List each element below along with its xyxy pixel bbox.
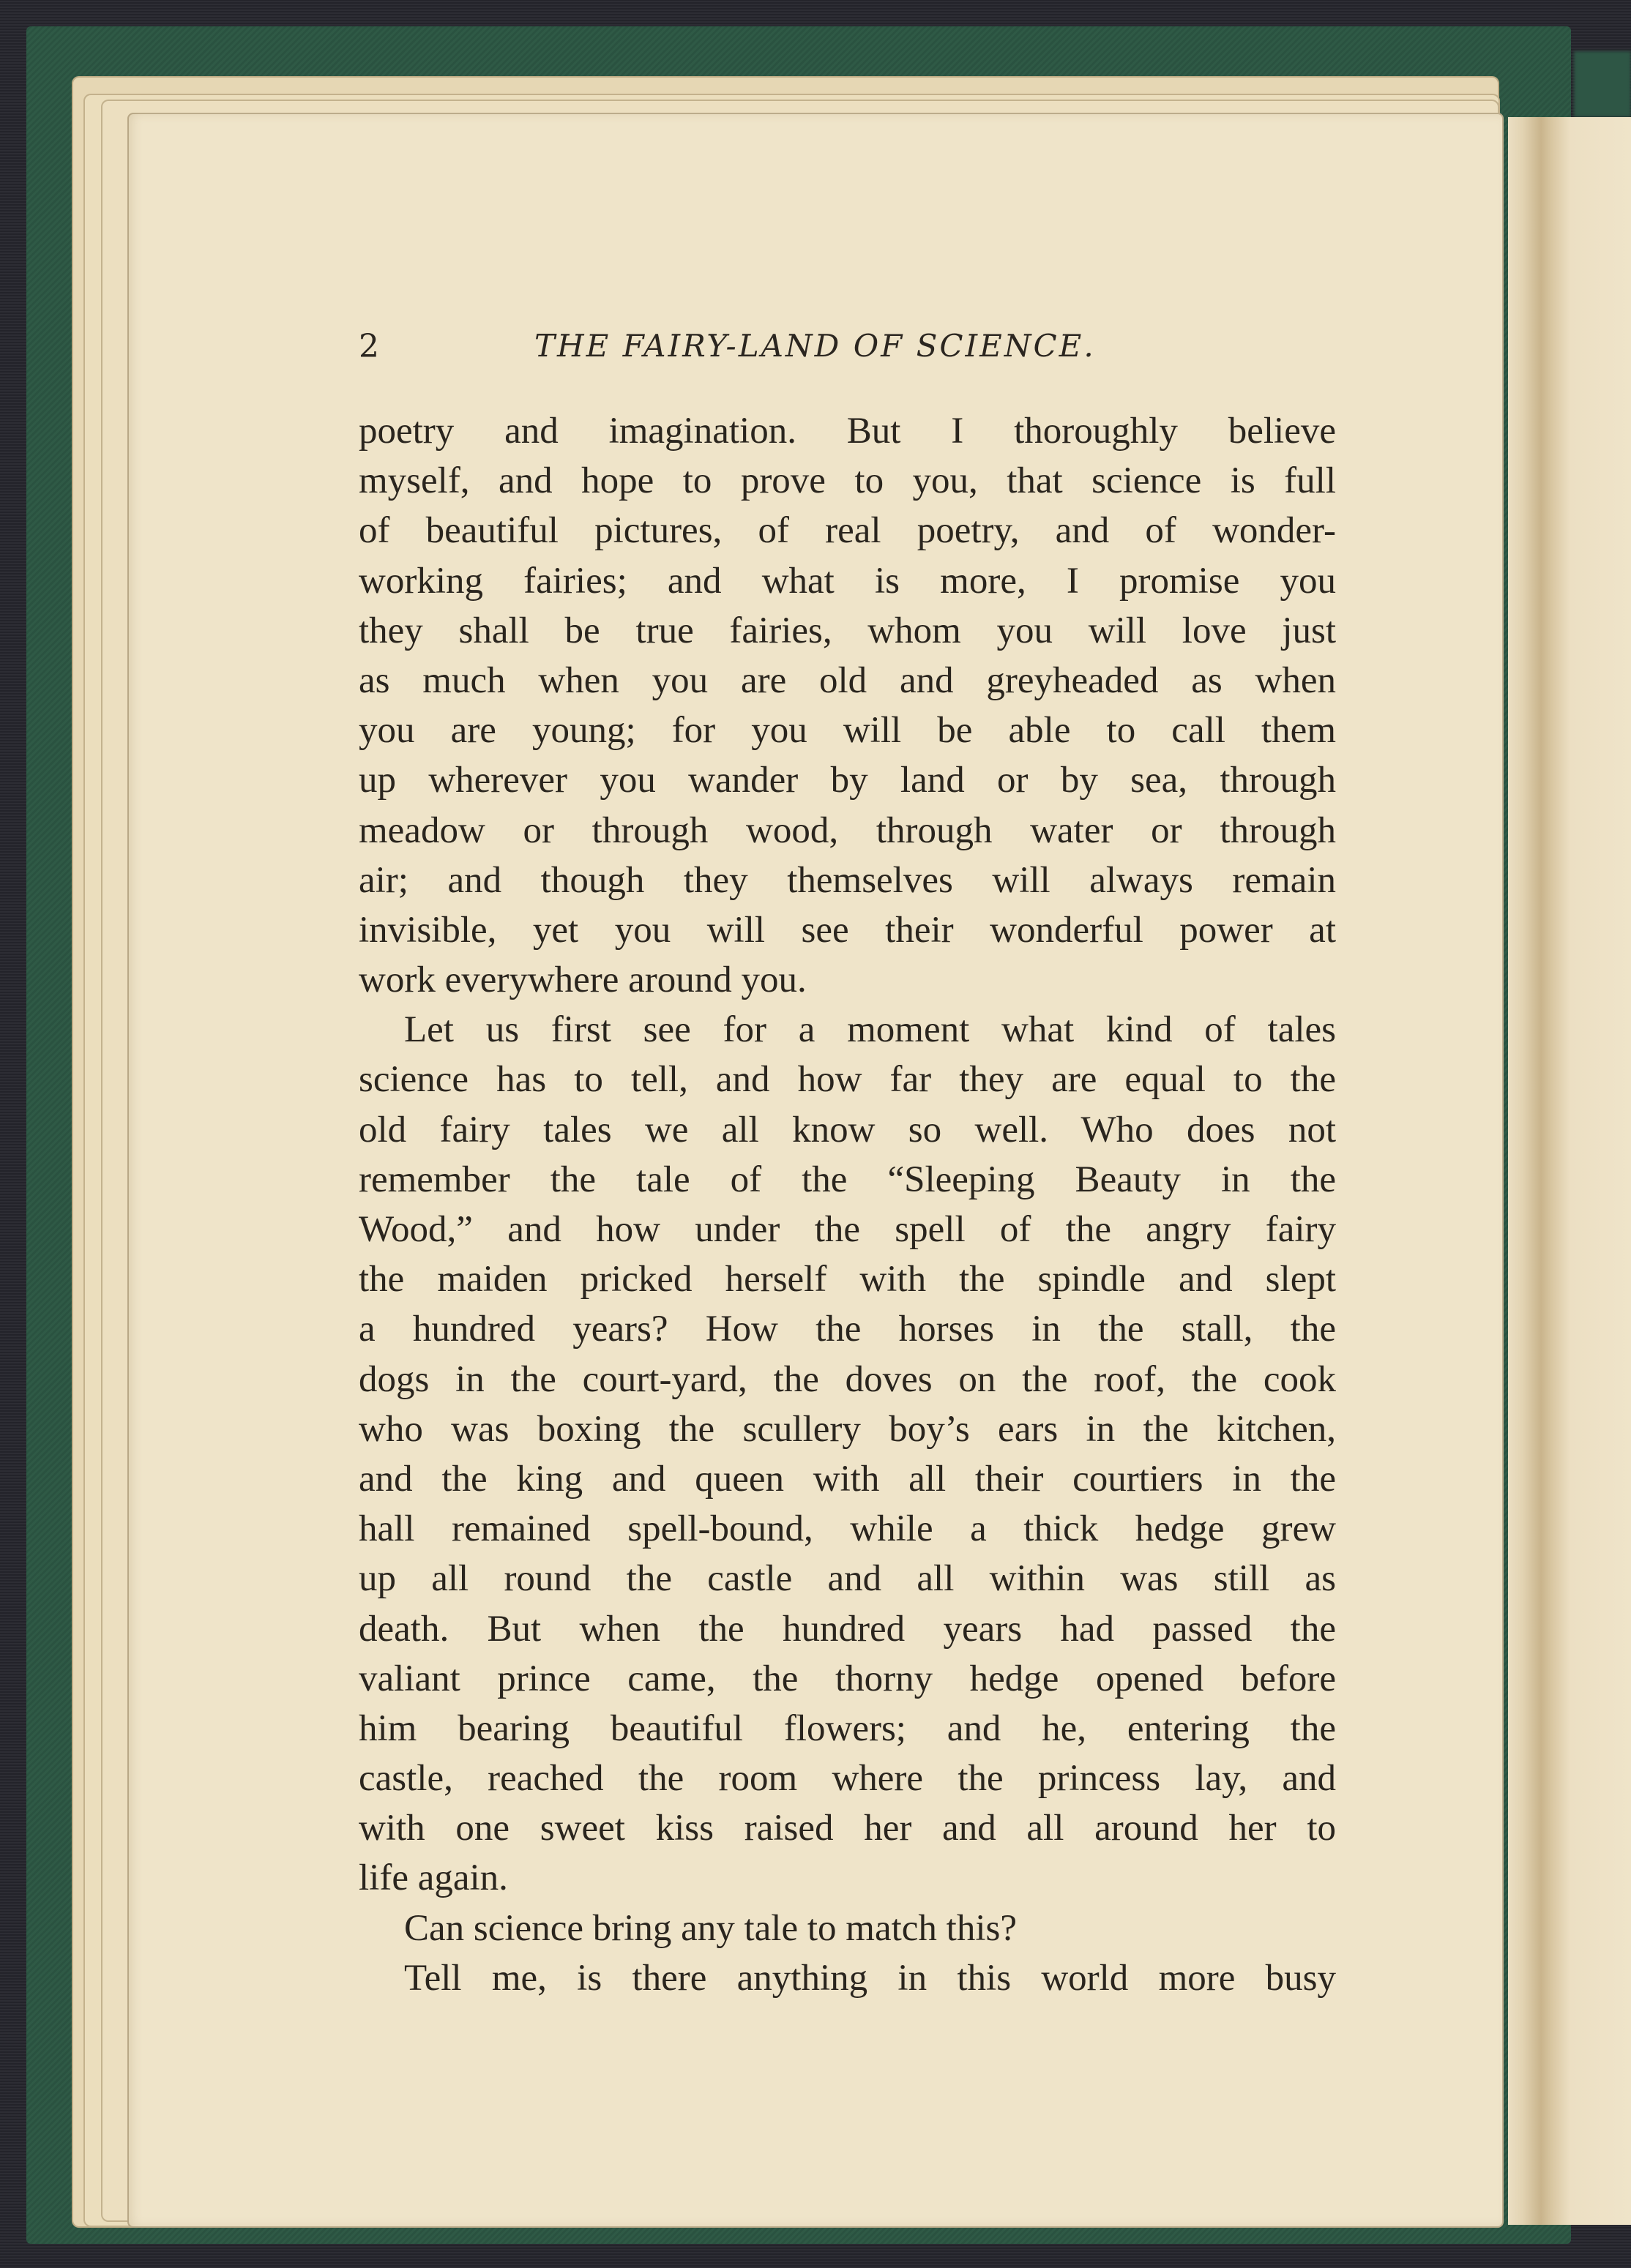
text-line: science has to tell, and how far they ar…	[359, 1055, 1336, 1104]
text-line: work everywhere around you.	[359, 955, 1336, 1005]
text-line: hall remained spell-bound, while a thick…	[359, 1504, 1336, 1554]
text-line: myself, and hope to prove to you, that s…	[359, 456, 1336, 506]
running-head-title: THE FAIRY-LAND OF SCIENCE.	[534, 328, 1096, 364]
text-line: poetry and imagination. But I thoroughly…	[359, 406, 1336, 456]
facing-page-gutter	[1508, 117, 1631, 2225]
page-number: 2	[359, 328, 379, 365]
text-line: and the king and queen with all their co…	[359, 1454, 1336, 1504]
body-text: poetry and imagination. But I thoroughly…	[359, 406, 1336, 2003]
text-line: up all round the castle and all within w…	[359, 1554, 1336, 1603]
text-line: Can science bring any tale to match this…	[359, 1904, 1336, 1953]
text-line: as much when you are old and greyheaded …	[359, 656, 1336, 706]
running-head: 2 THE FAIRY-LAND OF SCIENCE.	[359, 328, 1340, 379]
text-line: a hundred years? How the horses in the s…	[359, 1304, 1336, 1354]
text-line: of beautiful pictures, of real poetry, a…	[359, 506, 1336, 555]
text-line: death. But when the hundred years had pa…	[359, 1604, 1336, 1654]
text-line: you are young; for you will be able to c…	[359, 706, 1336, 755]
text-line: Let us first see for a moment what kind …	[359, 1005, 1336, 1055]
text-line: who was boxing the scullery boy’s ears i…	[359, 1404, 1336, 1454]
text-line: invisible, yet you will see their wonder…	[359, 905, 1336, 955]
text-line: the maiden pricked herself with the spin…	[359, 1254, 1336, 1304]
book-cover-corner	[1574, 51, 1631, 117]
text-line: working fairies; and what is more, I pro…	[359, 556, 1336, 606]
text-line: old fairy tales we all know so well. Who…	[359, 1105, 1336, 1155]
text-line: air; and though they themselves will alw…	[359, 856, 1336, 905]
text-line: castle, reached the room where the princ…	[359, 1754, 1336, 1803]
text-line: valiant prince came, the thorny hedge op…	[359, 1654, 1336, 1704]
text-line: with one sweet kiss raised her and all a…	[359, 1803, 1336, 1853]
text-line: they shall be true fairies, whom you wil…	[359, 606, 1336, 656]
text-line: dogs in the court-yard, the doves on the…	[359, 1355, 1336, 1404]
text-line: meadow or through wood, through water or…	[359, 806, 1336, 856]
text-line: up wherever you wander by land or by sea…	[359, 755, 1336, 805]
text-line: life again.	[359, 1853, 1336, 1903]
text-line: Tell me, is there anything in this world…	[359, 1953, 1336, 2003]
text-line: Wood,” and how under the spell of the an…	[359, 1205, 1336, 1254]
text-line: him bearing beautiful flowers; and he, e…	[359, 1704, 1336, 1754]
text-line: remember the tale of the “Sleeping Beaut…	[359, 1155, 1336, 1205]
